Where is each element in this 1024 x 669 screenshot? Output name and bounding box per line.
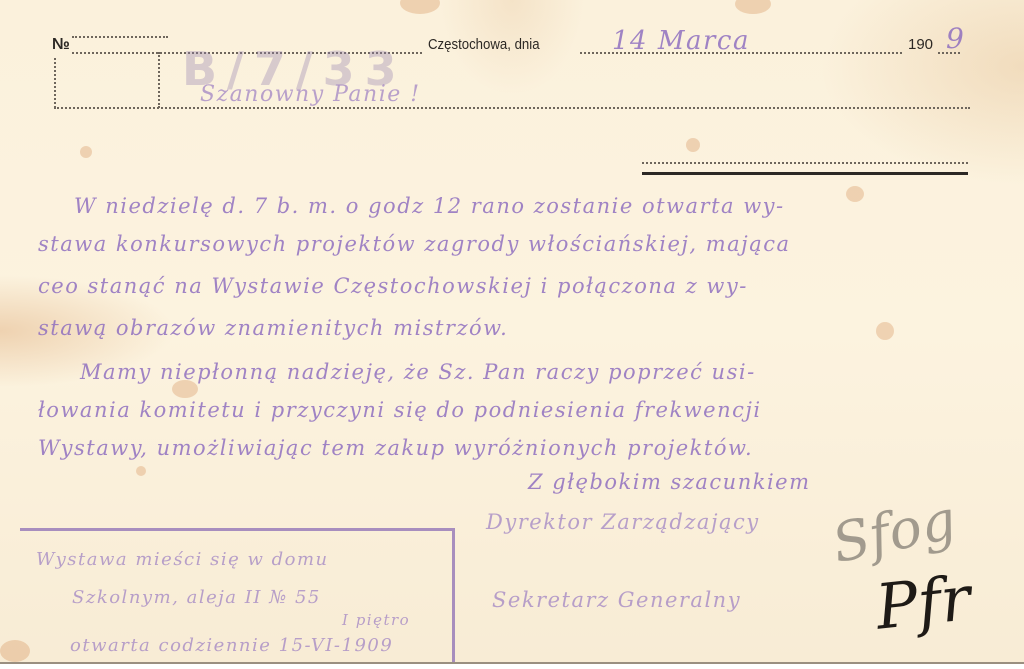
number-box-divider xyxy=(158,52,160,108)
stain xyxy=(400,0,440,14)
body-line-6: łowania komitetu i przyczyni się do podn… xyxy=(38,398,762,422)
postcard-document: № B/7/33 Częstochowa, dnia 14 Marca 190 … xyxy=(0,0,1024,664)
stain xyxy=(136,466,146,476)
body-line-7: Wystawy, umożliwiając tem zakup wyróżnio… xyxy=(38,436,753,460)
stain xyxy=(686,138,700,152)
year-printed: 190 xyxy=(908,36,933,53)
signature-line-solid xyxy=(642,172,968,175)
exhibition-stamp-box: Wystawa mieści się w domu Szkolnym, alej… xyxy=(20,528,455,664)
address-line xyxy=(54,107,970,109)
stain xyxy=(876,322,894,340)
stain xyxy=(80,146,92,158)
number-box-left xyxy=(54,58,56,108)
number-box-top xyxy=(72,36,168,38)
ink-signature: Pfr xyxy=(872,561,973,643)
director-title: Dyrektor Zarządzający xyxy=(486,510,760,534)
secretary-title: Sekretarz Generalny xyxy=(492,588,741,612)
date-handwritten: 14 Marca xyxy=(612,26,750,56)
stamp-line-1: Wystawa mieści się w domu xyxy=(36,549,329,570)
stamp-line-2: Szkolnym, aleja II № 55 xyxy=(72,587,321,608)
number-label: № xyxy=(52,36,69,54)
year-handwritten: 9 xyxy=(946,22,965,55)
city-date-label: Częstochowa, dnia xyxy=(428,36,540,53)
stain xyxy=(846,186,864,202)
signature-line-dotted xyxy=(642,162,968,164)
body-line-5: Mamy niepłonną nadzieję, że Sz. Pan racz… xyxy=(80,360,756,384)
stain xyxy=(735,0,771,14)
body-line-2: stawa konkursowych projektów zagrody wło… xyxy=(38,232,791,256)
pencil-signature: Sfog xyxy=(827,488,961,575)
body-line-1: W niedzielę d. 7 b. m. o godz 12 rano zo… xyxy=(74,194,785,218)
body-line-3: ceo stanąć na Wystawie Częstochowskiej i… xyxy=(38,274,748,298)
body-line-4: stawą obrazów znamienitych mistrzów. xyxy=(38,316,508,340)
body-line-8: Z głębokim szacunkiem xyxy=(528,470,811,494)
salutation: Szanowny Panie ! xyxy=(200,82,421,107)
stamp-line-3: I piętro xyxy=(342,611,410,629)
stamp-line-4: otwarta codziennie 15-VI-1909 xyxy=(70,635,393,656)
